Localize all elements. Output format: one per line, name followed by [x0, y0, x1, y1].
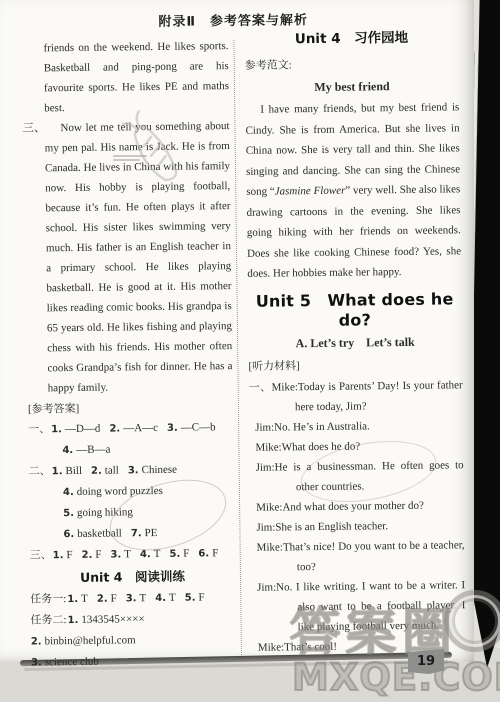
listening-material-label: [听力材料] [248, 354, 462, 377]
speaker: Jim: [256, 521, 275, 533]
task-two-row-b: 2.binbin@helpful.com [31, 629, 236, 653]
speaker: Mike: [256, 501, 282, 513]
dialog-text: No. He’s in Australia. [274, 420, 370, 433]
speaker: Mike: [257, 541, 283, 553]
page-number-tab: 19 [408, 649, 444, 674]
unit4-reading-title: Unit 4 阅读训练 [30, 566, 235, 589]
unit5-subtitle: A. Let’s try Let’s talk [248, 331, 462, 354]
answer-row-one: 一、1.—D—d2.—A—c3.—C—b [28, 417, 233, 441]
answer-row-two-d: 6.basketball7.PE [29, 522, 234, 546]
page-content: 附录Ⅱ 参考答案与解析 friends on the weekend. He l… [0, 0, 478, 665]
unit4-writing-title: Unit 4 习作园地 [244, 27, 458, 50]
dialog-line: Jim:He is a businessman. He often goes t… [250, 455, 464, 498]
dialog-text: He is a businessman. He often goes to ot… [275, 459, 464, 493]
section-three-marker: 三、 [22, 118, 45, 138]
reference-model-label: 参考范文: [245, 53, 459, 76]
row-marker: 任务二: [30, 614, 66, 626]
unit5-title: Unit 5 What does he do? [248, 289, 462, 332]
scanned-book-page: 附录Ⅱ 参考答案与解析 friends on the weekend. He l… [0, 0, 500, 702]
dialog-line: Jim:No. He’s in Australia. [249, 415, 463, 438]
answer-row-three: 三、1.F2.F3.T4.T5.F6.F [30, 543, 235, 567]
dialog-line: Mike:What does he do? [249, 435, 463, 458]
dialog-line: Mike:And what does your mother do? [250, 495, 464, 518]
task-two-row-c: 3.science club [31, 650, 236, 674]
paragraph-continuation: friends on the weekend. He likes sports.… [43, 36, 229, 118]
dialog-line: Mike:That’s nice! Do you want to be a te… [251, 535, 465, 578]
model-essay: I have many friends, but my best friend … [245, 97, 461, 284]
dialog-text: She is an English teacher. [275, 520, 388, 533]
row-marker: 任务一: [30, 593, 66, 605]
pen-pal-essay-text: Now let me tell you something about my p… [44, 116, 232, 398]
reference-answer-label: [参考答案] [28, 397, 233, 420]
left-column: friends on the weekend. He likes sports.… [23, 36, 236, 673]
right-column: Unit 4 习作园地 参考范文: My best friend I have … [244, 27, 466, 657]
answer-row-two-c: 5.going hiking [29, 501, 234, 525]
dialog-line: Jim:No. I like writing. I want to be a w… [251, 575, 466, 638]
speaker: Jim: [256, 461, 275, 473]
essay-part2: ” very well. She also likes drawing cart… [246, 183, 461, 280]
answer-row-two: 二、1.Bill2.tall3.Chinese [29, 459, 234, 483]
dialog-text: Today is Parents’ Day! Is your father he… [295, 379, 463, 413]
section-three-paragraph: 三、 Now let me tell you something about m… [44, 116, 232, 398]
dialog-line: 一、Mike:Today is Parents’ Day! Is your fa… [249, 375, 463, 418]
speaker: Jim: [255, 421, 274, 433]
speaker: Mike: [272, 381, 298, 393]
row-marker: 一、 [28, 423, 50, 435]
para1-text: friends on the weekend. He likes sports.… [43, 36, 229, 118]
dialog-text: No. I like writing. I want to be a write… [276, 579, 465, 633]
dialog-line: Jim:She is an English teacher. [250, 515, 464, 538]
task-one-row: 任务一:1.T2.F3.T4.T5.F [30, 587, 235, 611]
speaker: Jim: [257, 581, 276, 593]
dialog-text: That’s nice! Do you want to be a teacher… [283, 539, 465, 573]
dialog-marker: 一、 [249, 381, 272, 393]
dialog-text: That’s cool! [284, 640, 337, 653]
answer-row-two-b: 4.doing word puzzles [29, 480, 234, 504]
row-marker: 三、 [30, 549, 52, 561]
speaker: Mike: [255, 441, 281, 453]
task-two-row: 任务二:1.1343545×××× [30, 608, 235, 632]
speaker: Mike: [258, 641, 284, 653]
answer-row-one-b: 4.—B—a [28, 438, 233, 462]
essay-title: My best friend [245, 75, 459, 98]
dialog-text: What does he do? [282, 440, 361, 453]
dialog-text: And what does your mother do? [282, 499, 424, 513]
essay-song-title: Jasmine Flower [275, 185, 346, 198]
row-marker: 二、 [29, 465, 51, 477]
